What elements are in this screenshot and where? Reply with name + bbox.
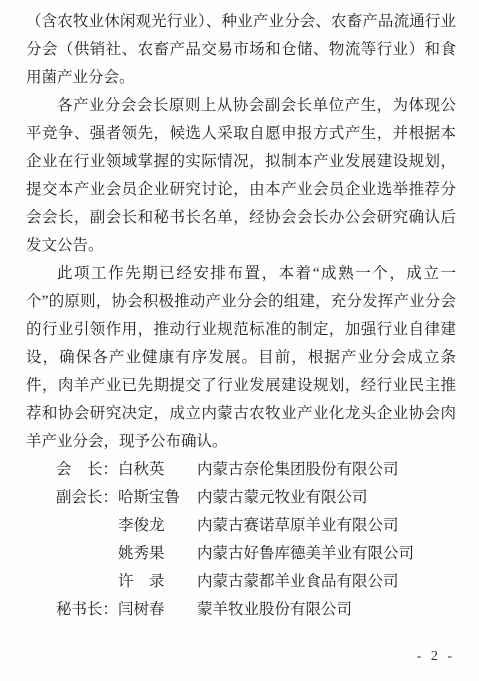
body-paragraph-2: 各产业分会会长原则上从协会副会长单位产生，为体现公平竞争、强者领先，候选人采取自… (26, 92, 456, 260)
roster-row-secretary-general: 秘书长： 闫树春 蒙羊牧业股份有限公司 (56, 596, 456, 624)
roster-person-name: 白秋英 (118, 456, 197, 484)
document-content: （含农牧业休闲观光行业）、种业产业分会、农畜产品流通行业分会（供销社、农畜产品交… (26, 8, 456, 624)
officer-roster: 会 长： 白秋英 内蒙古奈伦集团股份有限公司 副会长： 哈斯宝鲁 内蒙古蒙元牧业… (56, 456, 456, 624)
roster-row-vice-chairman-2: 李俊龙 内蒙古赛诺草原羊业有限公司 (56, 512, 456, 540)
roster-person-name: 闫树春 (118, 596, 197, 624)
roster-company-name: 内蒙古赛诺草原羊业有限公司 (197, 512, 456, 540)
document-page: （含农牧业休闲观光行业）、种业产业分会、农畜产品流通行业分会（供销社、农畜产品交… (0, 0, 479, 681)
roster-company-name: 蒙羊牧业股份有限公司 (197, 596, 456, 624)
roster-row-vice-chairman-1: 副会长： 哈斯宝鲁 内蒙古蒙元牧业有限公司 (56, 484, 456, 512)
roster-role-label: 秘书长： (56, 596, 118, 624)
roster-company-name: 内蒙古好鲁库德美羊业有限公司 (197, 540, 456, 568)
roster-role-label: 会 长： (56, 456, 118, 484)
roster-company-name: 内蒙古蒙都羊业食品有限公司 (197, 568, 456, 596)
roster-role-label: 副会长： (56, 484, 118, 512)
roster-person-name: 许 录 (118, 568, 197, 596)
roster-role-label (56, 540, 118, 568)
roster-person-name: 李俊龙 (118, 512, 197, 540)
body-paragraph-1: （含农牧业休闲观光行业）、种业产业分会、农畜产品流通行业分会（供销社、农畜产品交… (26, 8, 456, 92)
roster-role-label (56, 512, 118, 540)
roster-row-vice-chairman-3: 姚秀果 内蒙古好鲁库德美羊业有限公司 (56, 540, 456, 568)
roster-row-chairman: 会 长： 白秋英 内蒙古奈伦集团股份有限公司 (56, 456, 456, 484)
roster-row-vice-chairman-4: 许 录 内蒙古蒙都羊业食品有限公司 (56, 568, 456, 596)
roster-company-name: 内蒙古奈伦集团股份有限公司 (197, 456, 456, 484)
roster-role-label (56, 568, 118, 596)
roster-person-name: 姚秀果 (118, 540, 197, 568)
roster-company-name: 内蒙古蒙元牧业有限公司 (197, 484, 456, 512)
roster-person-name: 哈斯宝鲁 (118, 484, 197, 512)
body-paragraph-3: 此项工作先期已经安排布置，本着“成熟一个，成立一个”的原则，协会积极推动产业分会… (26, 260, 456, 456)
page-number: - 2 - (417, 649, 455, 665)
